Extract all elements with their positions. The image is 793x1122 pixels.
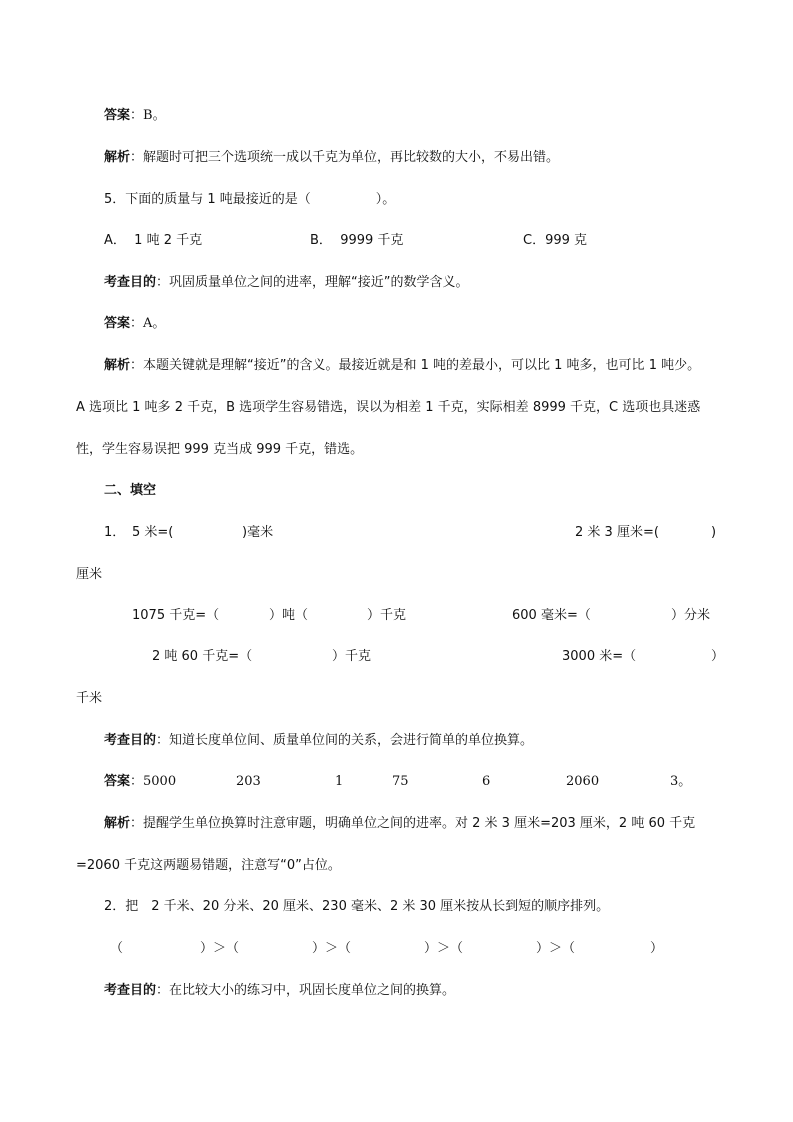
q5-answer: 答案：A。 <box>104 315 165 333</box>
fill1-item-5-left: 2 吨 60 千克=（ <box>152 648 252 666</box>
fill1-item-3-left: 1075 千克=（ <box>132 607 219 625</box>
fill2-blank-sep-3: ）＞（ <box>424 940 463 958</box>
fill1-item-2-wrap: 厘米 <box>76 566 102 584</box>
analysis-label: 解析 <box>104 358 130 373</box>
answer-label: 答案 <box>104 316 130 331</box>
q5-analysis-line-2: A 选项比 1 吨多 2 千克，B 选项学生容易错选，误以为相差 1 千克，实际… <box>76 399 700 417</box>
answer-label: 答案 <box>104 774 130 789</box>
q5-purpose: 考查目的：巩固质量单位之间的进率，理解“接近”的数学含义。 <box>104 274 469 292</box>
q4-analysis: 解析：解题时可把三个选项统一成以千克为单位，再比较数的大小，不易出错。 <box>104 149 559 167</box>
fill1-item-3-right: ）千克 <box>367 607 406 625</box>
fill1-item-4-right: ）分米 <box>671 607 710 625</box>
fill1-item-5-right: ）千克 <box>332 648 371 666</box>
analysis-text: ：解题时可把三个选项统一成以千克为单位，再比较数的大小，不易出错。 <box>130 150 559 165</box>
fill1-item-1-left: 5 米=( <box>132 524 173 542</box>
fill1-answer-3: 1 <box>335 773 343 791</box>
q4-answer: 答案：B。 <box>104 107 166 125</box>
fill1-answer-6: 2060 <box>566 773 599 791</box>
fill2-blank-sep-2: ）＞（ <box>312 940 351 958</box>
q5-option-c: C．999 克 <box>523 232 587 250</box>
section-title: 二、填空 <box>104 482 156 500</box>
fill1-item-3-mid: ）吨（ <box>269 607 308 625</box>
fill1-answer-2: 203 <box>236 773 261 791</box>
q5-analysis-line-1: 解析：本题关键就是理解“接近”的含义。最接近就是和 1 吨的差最小，可以比 1 … <box>104 357 700 375</box>
fill1-item-2-right: ) <box>711 524 716 542</box>
answer-label: 答案 <box>104 108 130 123</box>
fill1-purpose: 考查目的：知道长度单位间、质量单位间的关系，会进行简单的单位换算。 <box>104 732 533 750</box>
fill1-answer: 答案：5000 <box>104 773 176 791</box>
analysis-label: 解析 <box>104 816 130 831</box>
fill1-item-4-left: 600 毫米=（ <box>512 607 591 625</box>
fill1-item-6-wrap: 千米 <box>76 690 102 708</box>
fill1-item-2-left: 2 米 3 厘米=( <box>575 524 659 542</box>
fill2-blank-sep-1: ）＞（ <box>200 940 239 958</box>
fill1-answer-7: 3。 <box>670 773 691 791</box>
q5-option-a: A． 1 吨 2 千克 <box>104 232 202 250</box>
fill2-blank-open: （ <box>110 940 123 958</box>
fill1-analysis-line-1: 解析：提醒学生单位换算时注意审题，明确单位之间的进率。对 2 米 3 厘米=20… <box>104 815 695 833</box>
q5-analysis-line-3: 性，学生容易误把 999 克当成 999 千克，错选。 <box>76 441 363 459</box>
fill2-purpose: 考查目的：在比较大小的练习中，巩固长度单位之间的换算。 <box>104 982 455 1000</box>
analysis-label: 解析 <box>104 150 130 165</box>
purpose-label: 考查目的 <box>104 275 156 290</box>
purpose-label: 考查目的 <box>104 983 156 998</box>
answer-value: ：B。 <box>130 108 166 123</box>
purpose-label: 考查目的 <box>104 733 156 748</box>
q5-option-b: B． 9999 千克 <box>310 232 403 250</box>
fill1-item-6-left: 3000 米=（ <box>562 648 636 666</box>
fill1-item-6-right: ） <box>711 648 724 666</box>
q5-stem: 5．下面的质量与 1 吨最接近的是（ ）。 <box>104 191 395 209</box>
fill2-blank-close: ） <box>650 940 663 958</box>
fill2-blank-sep-4: ）＞（ <box>536 940 575 958</box>
fill1-analysis-line-2: =2060 千克这两题易错题，注意写“0”占位。 <box>76 857 341 875</box>
fill1-item-1-right: )毫米 <box>242 524 273 542</box>
fill2-stem: 2．把 2 千米、20 分米、20 厘米、230 毫米、2 米 30 厘米按从长… <box>104 898 609 916</box>
fill1-number: 1． <box>104 524 125 542</box>
fill1-answer-5: 6 <box>482 773 490 791</box>
fill1-answer-4: 75 <box>392 773 409 791</box>
